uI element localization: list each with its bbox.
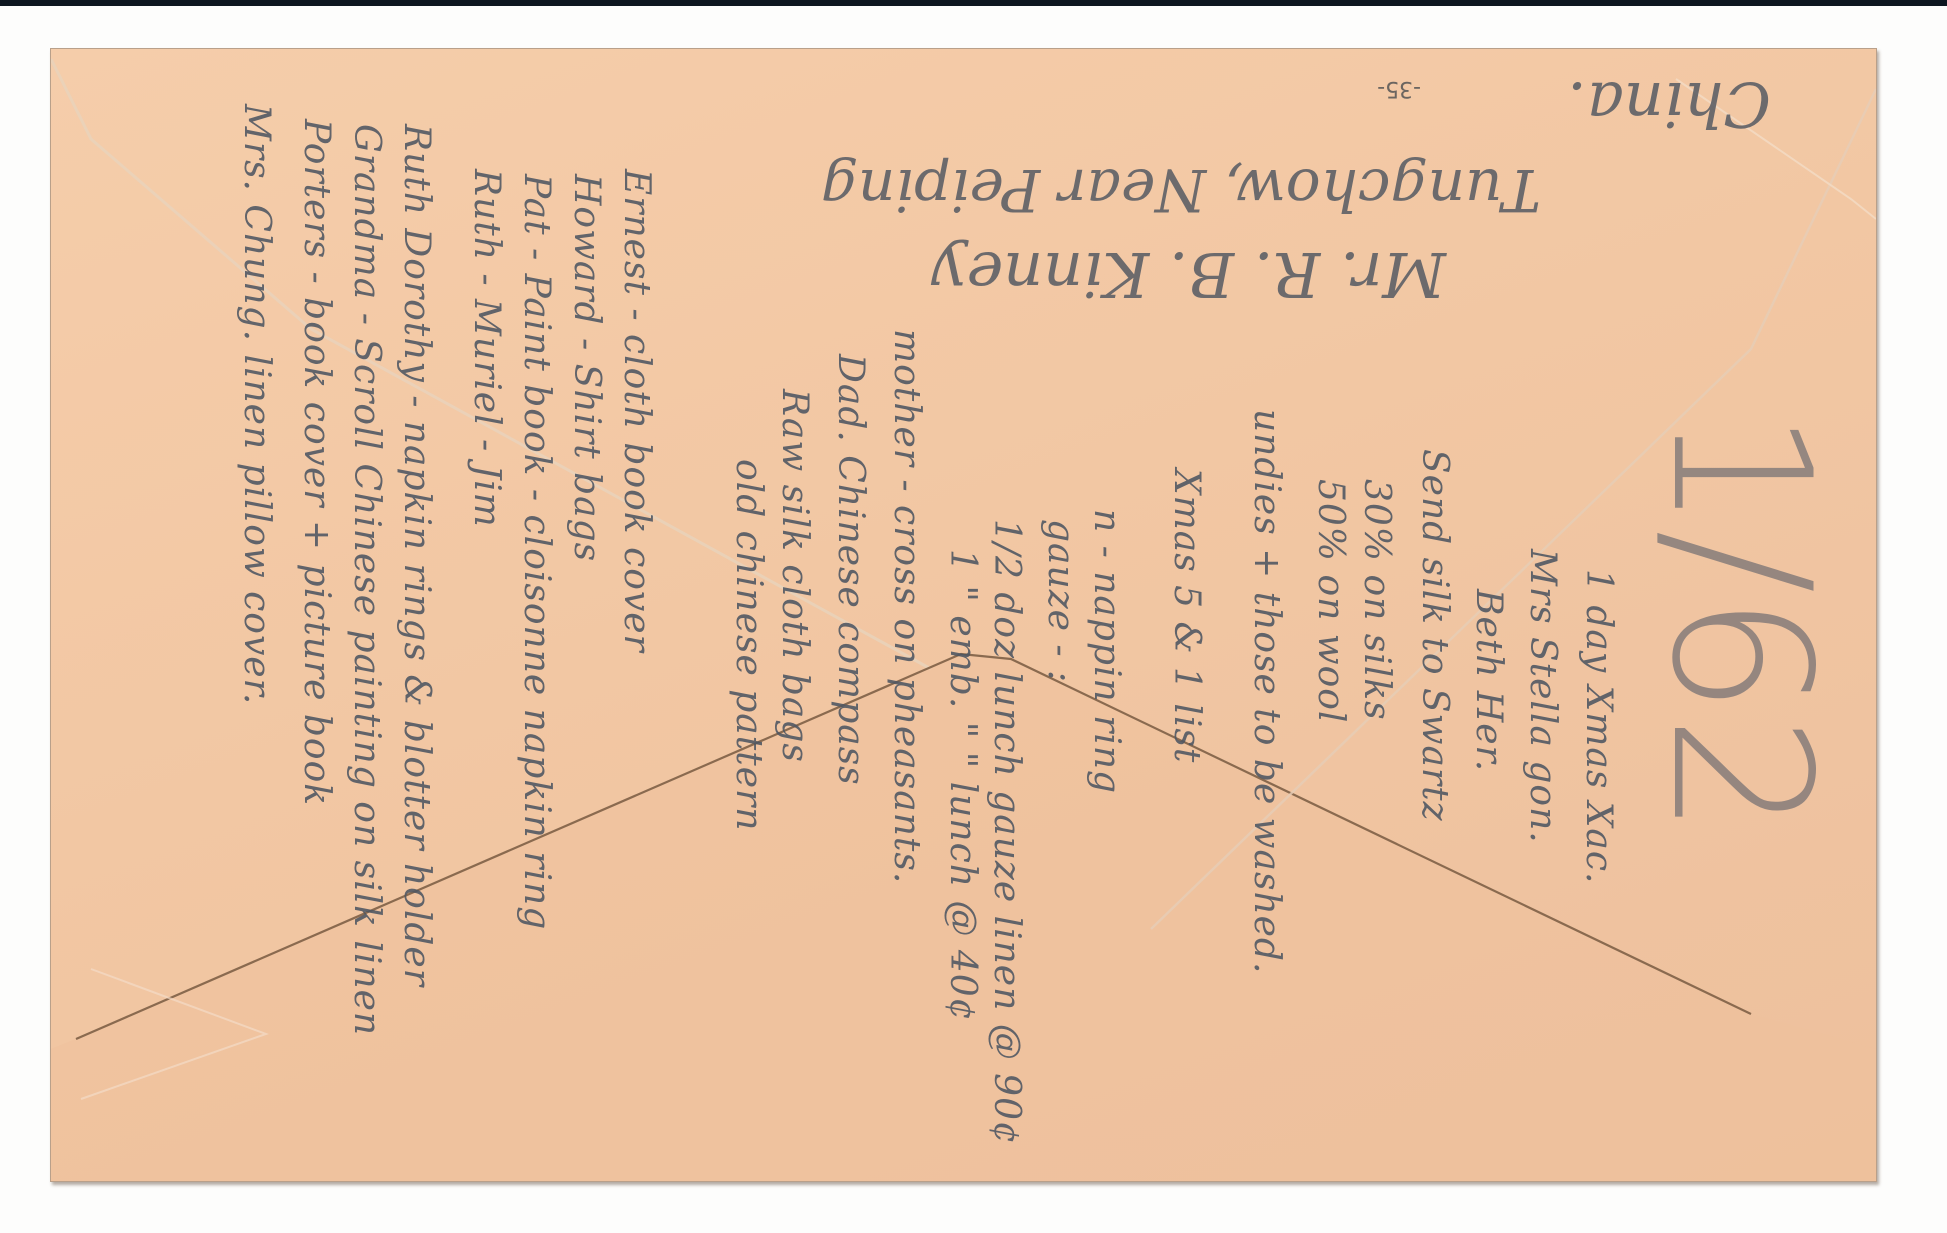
- note-line: 1 " emb. " " lunch @ 40¢: [942, 549, 983, 1022]
- address-line-name: Mr. R. B. Kinney: [931, 238, 1446, 311]
- pencil-number-mark: 1/62: [1630, 409, 1851, 836]
- page-number-mark: -35-: [1377, 76, 1421, 101]
- note-line: Mrs. Chung. linen pillow cover.: [236, 104, 277, 705]
- note-line: Ernest - cloth book cover: [616, 169, 657, 653]
- note-line: Porters - book cover + picture book: [296, 119, 337, 806]
- note-line: Ruth Dorothy - napkin rings & blotter ho…: [396, 124, 437, 987]
- note-line: Xmas 5 & 1 list: [1166, 469, 1207, 763]
- note-line: mother - cross on pheasants.: [886, 329, 927, 884]
- note-line: 30% on silks: [1356, 479, 1397, 721]
- note-line: Send silk to Swartz: [1414, 449, 1455, 822]
- note-line: Raw silk cloth bags: [774, 389, 815, 763]
- envelope-back: Mr. R. B. Kinney Tungchow, Near Peiping …: [50, 48, 1877, 1182]
- note-line: undies + those to be washed.: [1246, 409, 1287, 974]
- note-line: Howard - Shirt bags: [566, 174, 607, 562]
- note-line: n - nappin ring: [1086, 509, 1127, 794]
- note-line: Dad. Chinese compass: [830, 354, 871, 786]
- note-line: old chinese pattern: [728, 459, 769, 831]
- note-line: Grandma - Scroll Chinese painting on sil…: [346, 124, 387, 1036]
- note-line: 1/2 doz lunch gauze linen @ 90¢: [986, 519, 1027, 1145]
- scanner-top-edge: [0, 0, 1947, 6]
- note-line: Mrs Stella gon.: [1522, 549, 1563, 844]
- note-line: 1 day Xmas Xac.: [1578, 569, 1619, 884]
- note-line: gauze - :: [1040, 519, 1081, 683]
- note-line: Pat - Paint book - cloisonne napkin ring: [516, 174, 557, 930]
- note-line: Beth Her.: [1468, 589, 1509, 772]
- address-line-city: Tungchow, Near Peiping: [821, 156, 1541, 224]
- note-line: 50% on wool: [1310, 479, 1351, 723]
- note-line: Ruth - Muriel - Jim: [466, 169, 507, 528]
- address-line-country: China.: [1567, 68, 1771, 141]
